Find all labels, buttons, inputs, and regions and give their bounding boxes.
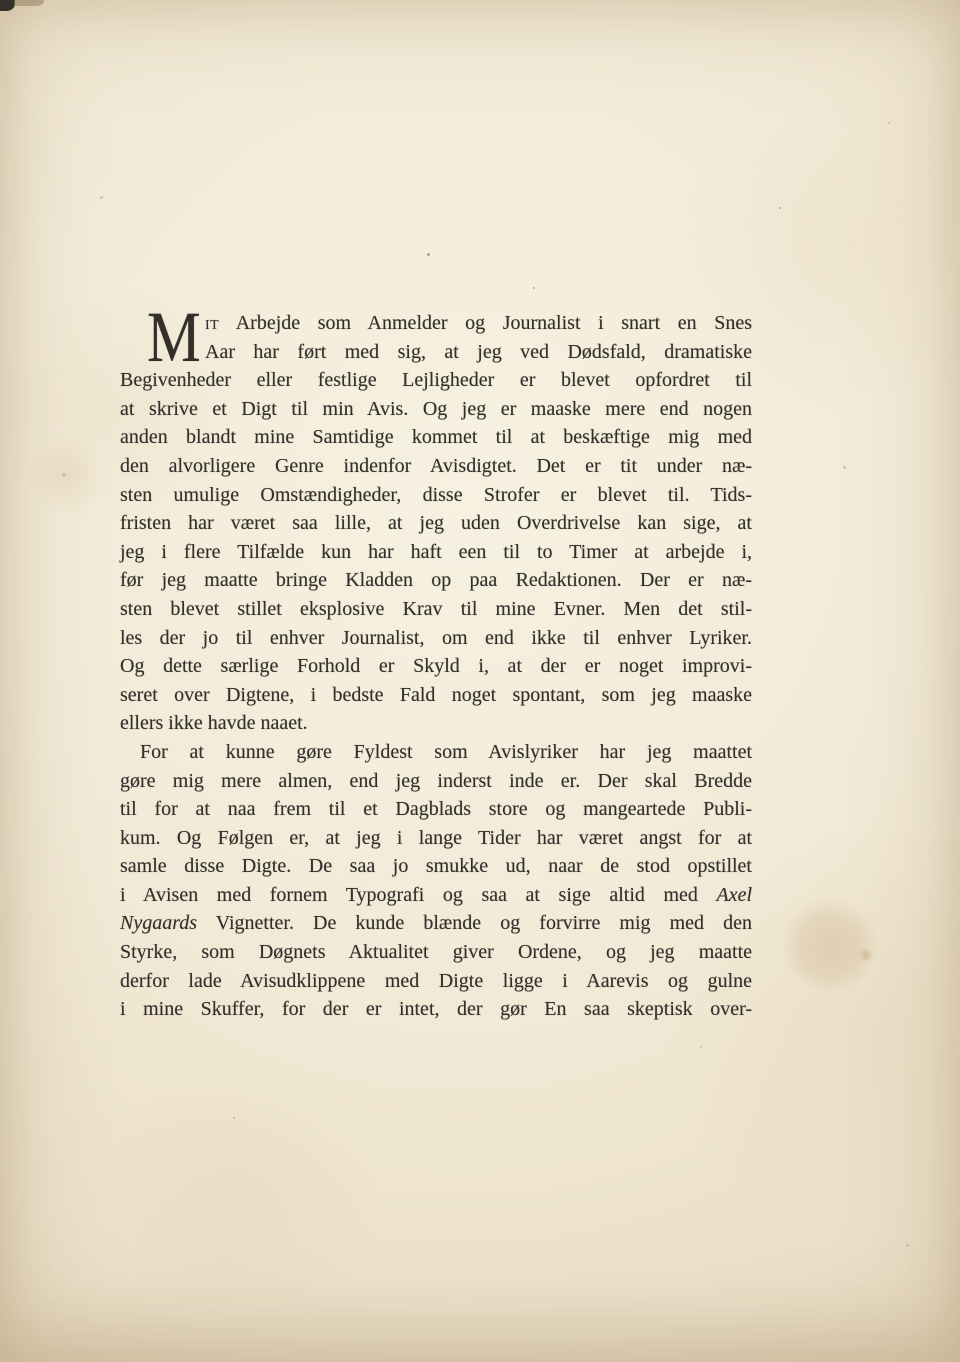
text-segment: Vignetter. De kunde blænde og forvirre m… — [197, 912, 752, 934]
paper-speck — [843, 466, 846, 469]
text-line: i Avisen med fornem Typografi og saa at … — [120, 881, 752, 910]
text-segment: fristen har været saa lille, at jeg uden… — [120, 512, 752, 534]
text-segment: Styrke, som Døgnets Aktualitet giver Ord… — [120, 941, 752, 963]
paper-speck — [427, 253, 430, 256]
text-line: til for at naa frem til et Dagblads stor… — [120, 795, 752, 824]
text-line: den alvorligere Genre indenfor Avisdigte… — [120, 452, 752, 481]
text-line: jeg i flere Tilfælde kun har haft een ti… — [120, 538, 752, 567]
text-segment: Begivenheder eller festlige Lejligheder … — [120, 369, 752, 391]
text-segment: i Avisen med fornem Typografi og saa at … — [120, 884, 716, 906]
scan-corner-shadow — [14, 0, 44, 6]
text-line: Aar har ført med sig, at jeg ved Dødsfal… — [120, 338, 752, 367]
text-line: Styrke, som Døgnets Aktualitet giver Ord… — [120, 938, 752, 967]
text-segment: den alvorligere Genre indenfor Avisdigte… — [120, 455, 752, 477]
text-line: Og dette særlige Forhold er Skyld i, at … — [120, 652, 752, 681]
text-segment: før jeg maatte bringe Kladden op paa Red… — [120, 569, 752, 591]
text-segment-italic: Axel — [716, 884, 752, 906]
book-page: Mit Arbejde som Anmelder og Journalist i… — [0, 0, 960, 1362]
text-line: i mine Skuffer, for der er intet, der gø… — [120, 995, 752, 1024]
text-line: derfor lade Avisudklippene med Digte lig… — [120, 967, 752, 996]
text-segment: jeg i flere Tilfælde kun har haft een ti… — [120, 541, 752, 563]
text-line: fristen har været saa lille, at jeg uden… — [120, 509, 752, 538]
text-segment: sten umulige Omstændigheder, disse Strof… — [120, 484, 752, 506]
paper-speck — [700, 1046, 702, 1048]
paper-speck — [779, 207, 781, 209]
text-segment: Og dette særlige Forhold er Skyld i, at … — [120, 655, 752, 677]
text-segment-italic: Nygaards — [120, 912, 197, 934]
text-line: Nygaards Vignetter. De kunde blænde og f… — [120, 909, 752, 938]
paragraph: Mit Arbejde som Anmelder og Journalist i… — [120, 309, 752, 738]
text-line: Begivenheder eller festlige Lejligheder … — [120, 366, 752, 395]
text-block: Mit Arbejde som Anmelder og Journalist i… — [120, 309, 752, 1024]
text-line: les der jo til enhver Journalist, om end… — [120, 624, 752, 653]
paper-speck — [233, 1117, 235, 1119]
paper-speck — [888, 122, 890, 124]
text-line: samle disse Digte. De saa jo smukke ud, … — [120, 852, 752, 881]
text-line: sten blevet stillet eksplosive Krav til … — [120, 595, 752, 624]
paper-speck — [62, 473, 66, 477]
text-segment: For at kunne gøre Fyldest som Avislyrike… — [140, 741, 752, 763]
paper-speck — [533, 287, 535, 289]
drop-cap: M — [147, 302, 194, 359]
text-line: ellers ikke havde naaet. — [120, 709, 752, 738]
text-segment: at skrive et Digt til min Avis. Og jeg e… — [120, 398, 752, 420]
text-segment: ellers ikke havde naaet. — [120, 712, 308, 734]
text-segment: kum. Og Følgen er, at jeg i lange Tider … — [120, 827, 752, 849]
text-segment: derfor lade Avisudklippene med Digte lig… — [120, 970, 752, 992]
text-line: gøre mig mere almen, end jeg inderst ind… — [120, 767, 752, 796]
text-line: kum. Og Følgen er, at jeg i lange Tider … — [120, 824, 752, 853]
text-segment: seret over Digtene, i bedste Fald noget … — [120, 684, 752, 706]
text-segment: les der jo til enhver Journalist, om end… — [120, 627, 752, 649]
text-line: anden blandt mine Samtidige kommet til a… — [120, 423, 752, 452]
text-segment: gøre mig mere almen, end jeg inderst ind… — [120, 770, 752, 792]
text-line: før jeg maatte bringe Kladden op paa Red… — [120, 566, 752, 595]
text-line: For at kunne gøre Fyldest som Avislyrike… — [120, 738, 752, 767]
text-segment: Aar har ført med sig, at jeg ved Dødsfal… — [205, 341, 752, 363]
text-segment: anden blandt mine Samtidige kommet til a… — [120, 426, 752, 448]
paper-speck — [100, 196, 103, 199]
paragraph: For at kunne gøre Fyldest som Avislyrike… — [120, 738, 752, 1024]
text-segment: sten blevet stillet eksplosive Krav til … — [120, 598, 752, 620]
text-segment: samle disse Digte. De saa jo smukke ud, … — [120, 855, 752, 877]
paper-speck — [906, 1244, 909, 1247]
text-line: it Arbejde som Anmelder og Journalist i … — [120, 309, 752, 338]
text-line: at skrive et Digt til min Avis. Og jeg e… — [120, 395, 752, 424]
text-segment-smallcaps: it — [205, 312, 219, 334]
text-segment: i mine Skuffer, for der er intet, der gø… — [120, 998, 752, 1020]
text-line: sten umulige Omstændigheder, disse Strof… — [120, 481, 752, 510]
text-line: seret over Digtene, i bedste Fald noget … — [120, 681, 752, 710]
text-segment: til for at naa frem til et Dagblads stor… — [120, 798, 752, 820]
text-segment: Arbejde som Anmelder og Journalist i sna… — [219, 312, 752, 334]
